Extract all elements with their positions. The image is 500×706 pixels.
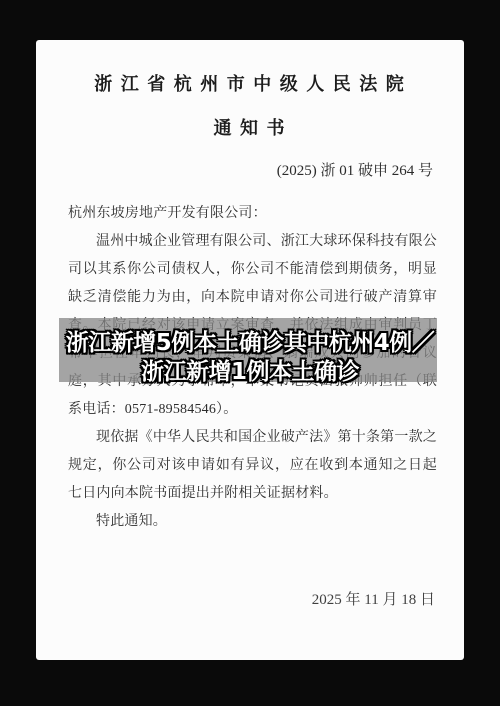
case-number: (2025) 浙 01 破申 264 号 <box>36 159 433 180</box>
closing-line: 特此通知。 <box>68 508 437 536</box>
document-page: 浙 江 省 杭 州 市 中 级 人 民 法 院 通 知 书 (2025) 浙 0… <box>36 40 464 660</box>
notice-type-title: 通 知 书 <box>36 114 464 140</box>
headline-line-2: 浙江新增1例本土确诊 <box>36 358 464 387</box>
date-line: 2025 年 11 月 18 日 <box>36 586 435 614</box>
court-name-title: 浙 江 省 杭 州 市 中 级 人 民 法 院 <box>36 70 464 96</box>
addressee-line: 杭州东坡房地产开发有限公司： <box>68 200 437 228</box>
headline-overlay: 浙江新增5例本土确诊其中杭州4例／ 浙江新增1例本土确诊 <box>36 329 464 387</box>
canvas: { "colors": { "frame_background": "#0a0a… <box>0 0 500 706</box>
headline-line-1: 浙江新增5例本土确诊其中杭州4例／ <box>36 329 464 358</box>
paragraph-2: 现依据《中华人民共和国企业破产法》第十条第一款之规定，你公司对该申请如有异议，应… <box>68 424 437 508</box>
photo-background: 浙 江 省 杭 州 市 中 级 人 民 法 院 通 知 书 (2025) 浙 0… <box>0 0 500 706</box>
